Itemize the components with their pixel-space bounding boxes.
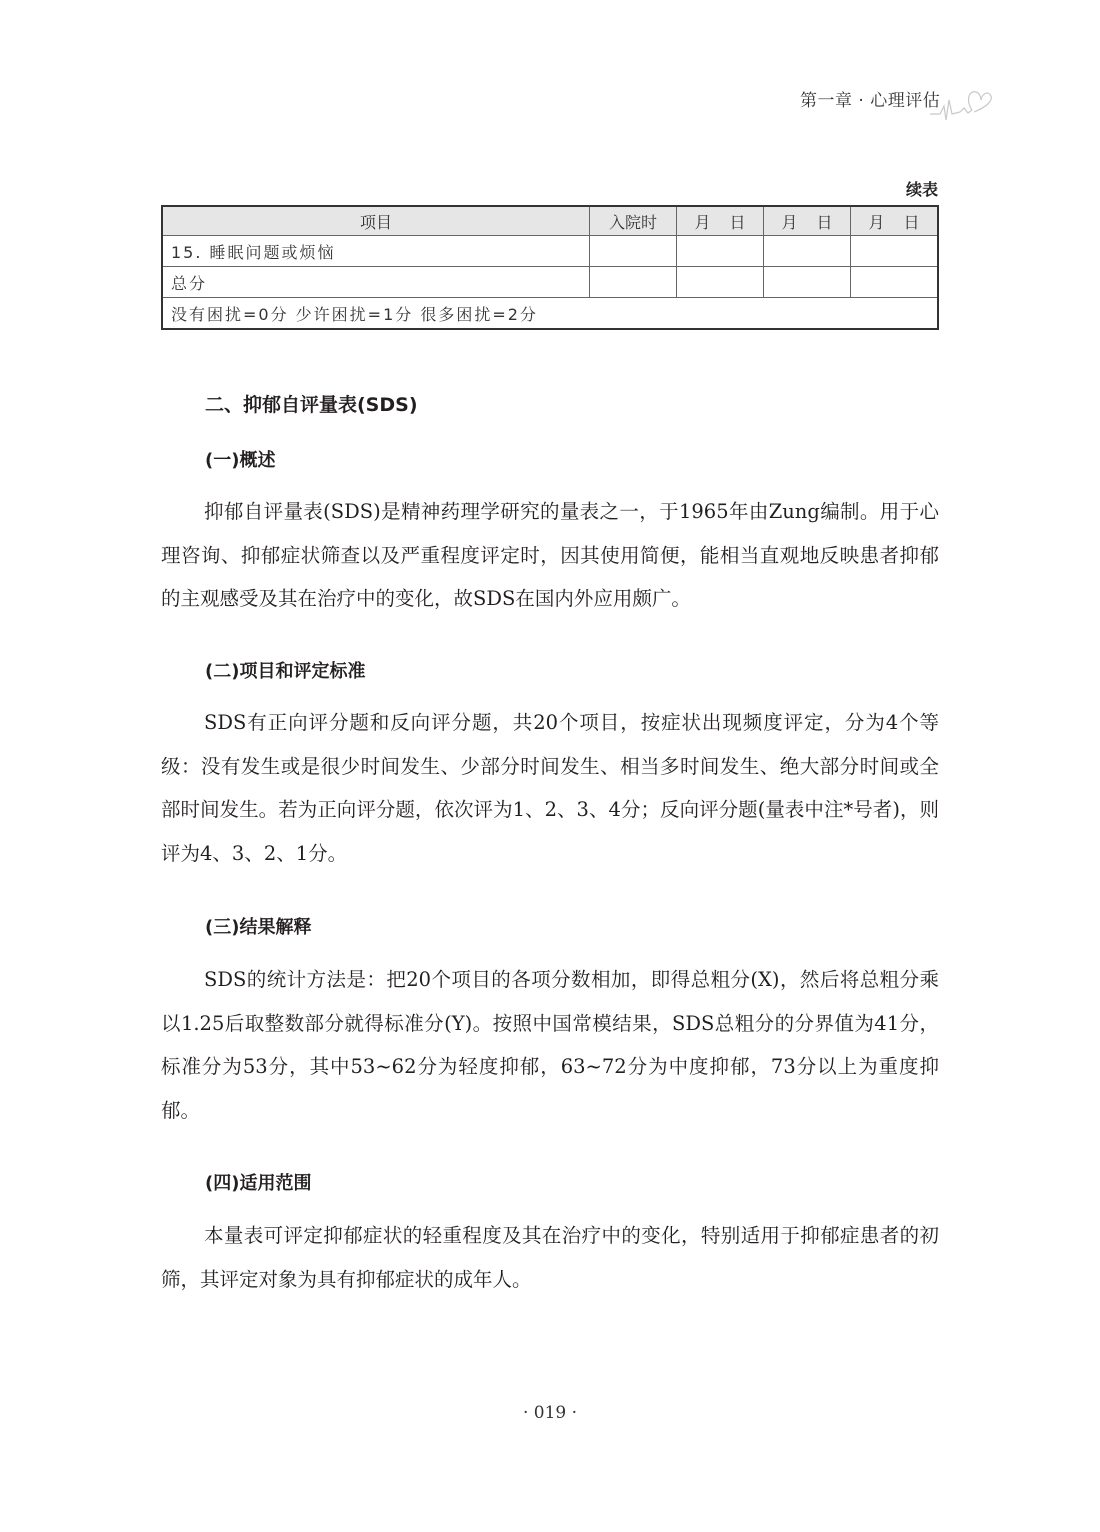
heartbeat-heart-icon — [930, 82, 992, 122]
score-cell — [677, 236, 764, 267]
paragraph-overview: 抑郁自评量表(SDS)是精神药理学研究的量表之一，于1965年由Zung编制。用… — [161, 490, 939, 621]
column-header-item: 项目 — [162, 206, 590, 236]
table-header-row: 项目 入院时 月 日 月 日 月 日 — [162, 206, 938, 236]
score-cell — [590, 267, 677, 298]
score-cell — [590, 236, 677, 267]
column-header-date-1: 月 日 — [677, 206, 764, 236]
item-cell: 15. 睡眠问题或烦恼 — [162, 236, 590, 267]
month-label: 月 — [694, 210, 710, 233]
day-label: 日 — [816, 210, 832, 233]
subsection-title-overview: (一)概述 — [205, 446, 275, 472]
paragraph-interpretation: SDS的统计方法是：把20个项目的各项分数相加，即得总粗分(X)，然后将总粗分乘… — [161, 958, 939, 1132]
score-cell — [764, 267, 851, 298]
subsection-title-interpretation: (三)结果解释 — [205, 913, 311, 939]
paragraph-items-criteria: SDS有正向评分题和反向评分题，共20个项目，按症状出现频度评定，分为4个等级：… — [161, 701, 939, 875]
item-cell: 总分 — [162, 267, 590, 298]
score-cell — [851, 236, 939, 267]
section-title: 二、抑郁自评量表(SDS) — [205, 390, 418, 417]
paragraph-scope: 本量表可评定抑郁症状的轻重程度及其在治疗中的变化，特别适用于抑郁症患者的初筛，其… — [161, 1214, 939, 1301]
table-legend-row: 没有困扰=0分 少许困扰=1分 很多困扰=2分 — [162, 298, 938, 330]
score-cell — [677, 267, 764, 298]
score-cell — [764, 236, 851, 267]
table-row: 15. 睡眠问题或烦恼 — [162, 236, 938, 267]
page-number: · 019 · — [0, 1403, 1100, 1423]
continued-table-label: 续表 — [906, 177, 938, 200]
score-table: 项目 入院时 月 日 月 日 月 日 — [161, 205, 939, 330]
month-label: 月 — [868, 210, 884, 233]
subsection-title-scope: (四)适用范围 — [205, 1169, 311, 1195]
column-header-date-2: 月 日 — [764, 206, 851, 236]
subsection-title-items-criteria: (二)项目和评定标准 — [205, 657, 365, 683]
scoring-legend: 没有困扰=0分 少许困扰=1分 很多困扰=2分 — [162, 298, 938, 330]
score-cell — [851, 267, 939, 298]
table-row: 总分 — [162, 267, 938, 298]
month-label: 月 — [781, 210, 797, 233]
running-head: 第一章 · 心理评估 — [800, 86, 940, 111]
day-label: 日 — [903, 210, 919, 233]
column-header-admission: 入院时 — [590, 206, 677, 236]
column-header-date-3: 月 日 — [851, 206, 939, 236]
day-label: 日 — [729, 210, 745, 233]
